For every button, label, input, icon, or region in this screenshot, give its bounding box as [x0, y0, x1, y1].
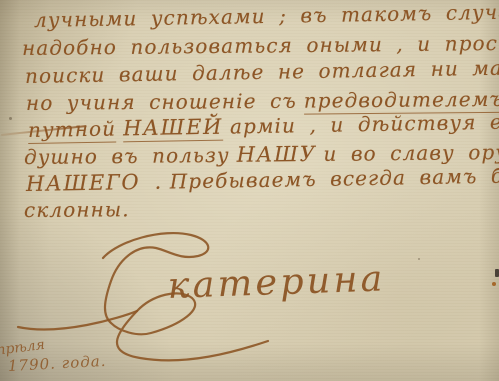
paper-speck — [495, 269, 499, 277]
paper-speck — [492, 282, 496, 286]
paper-speck — [9, 117, 12, 120]
paper-speck — [418, 258, 420, 260]
signature-flourish-tail — [18, 311, 137, 329]
signature: катерина — [0, 0, 499, 381]
signature-name: катерина — [167, 258, 386, 307]
manuscript-page: лучными успѣхами ; въ такомъ случаѣ надо… — [0, 0, 499, 381]
